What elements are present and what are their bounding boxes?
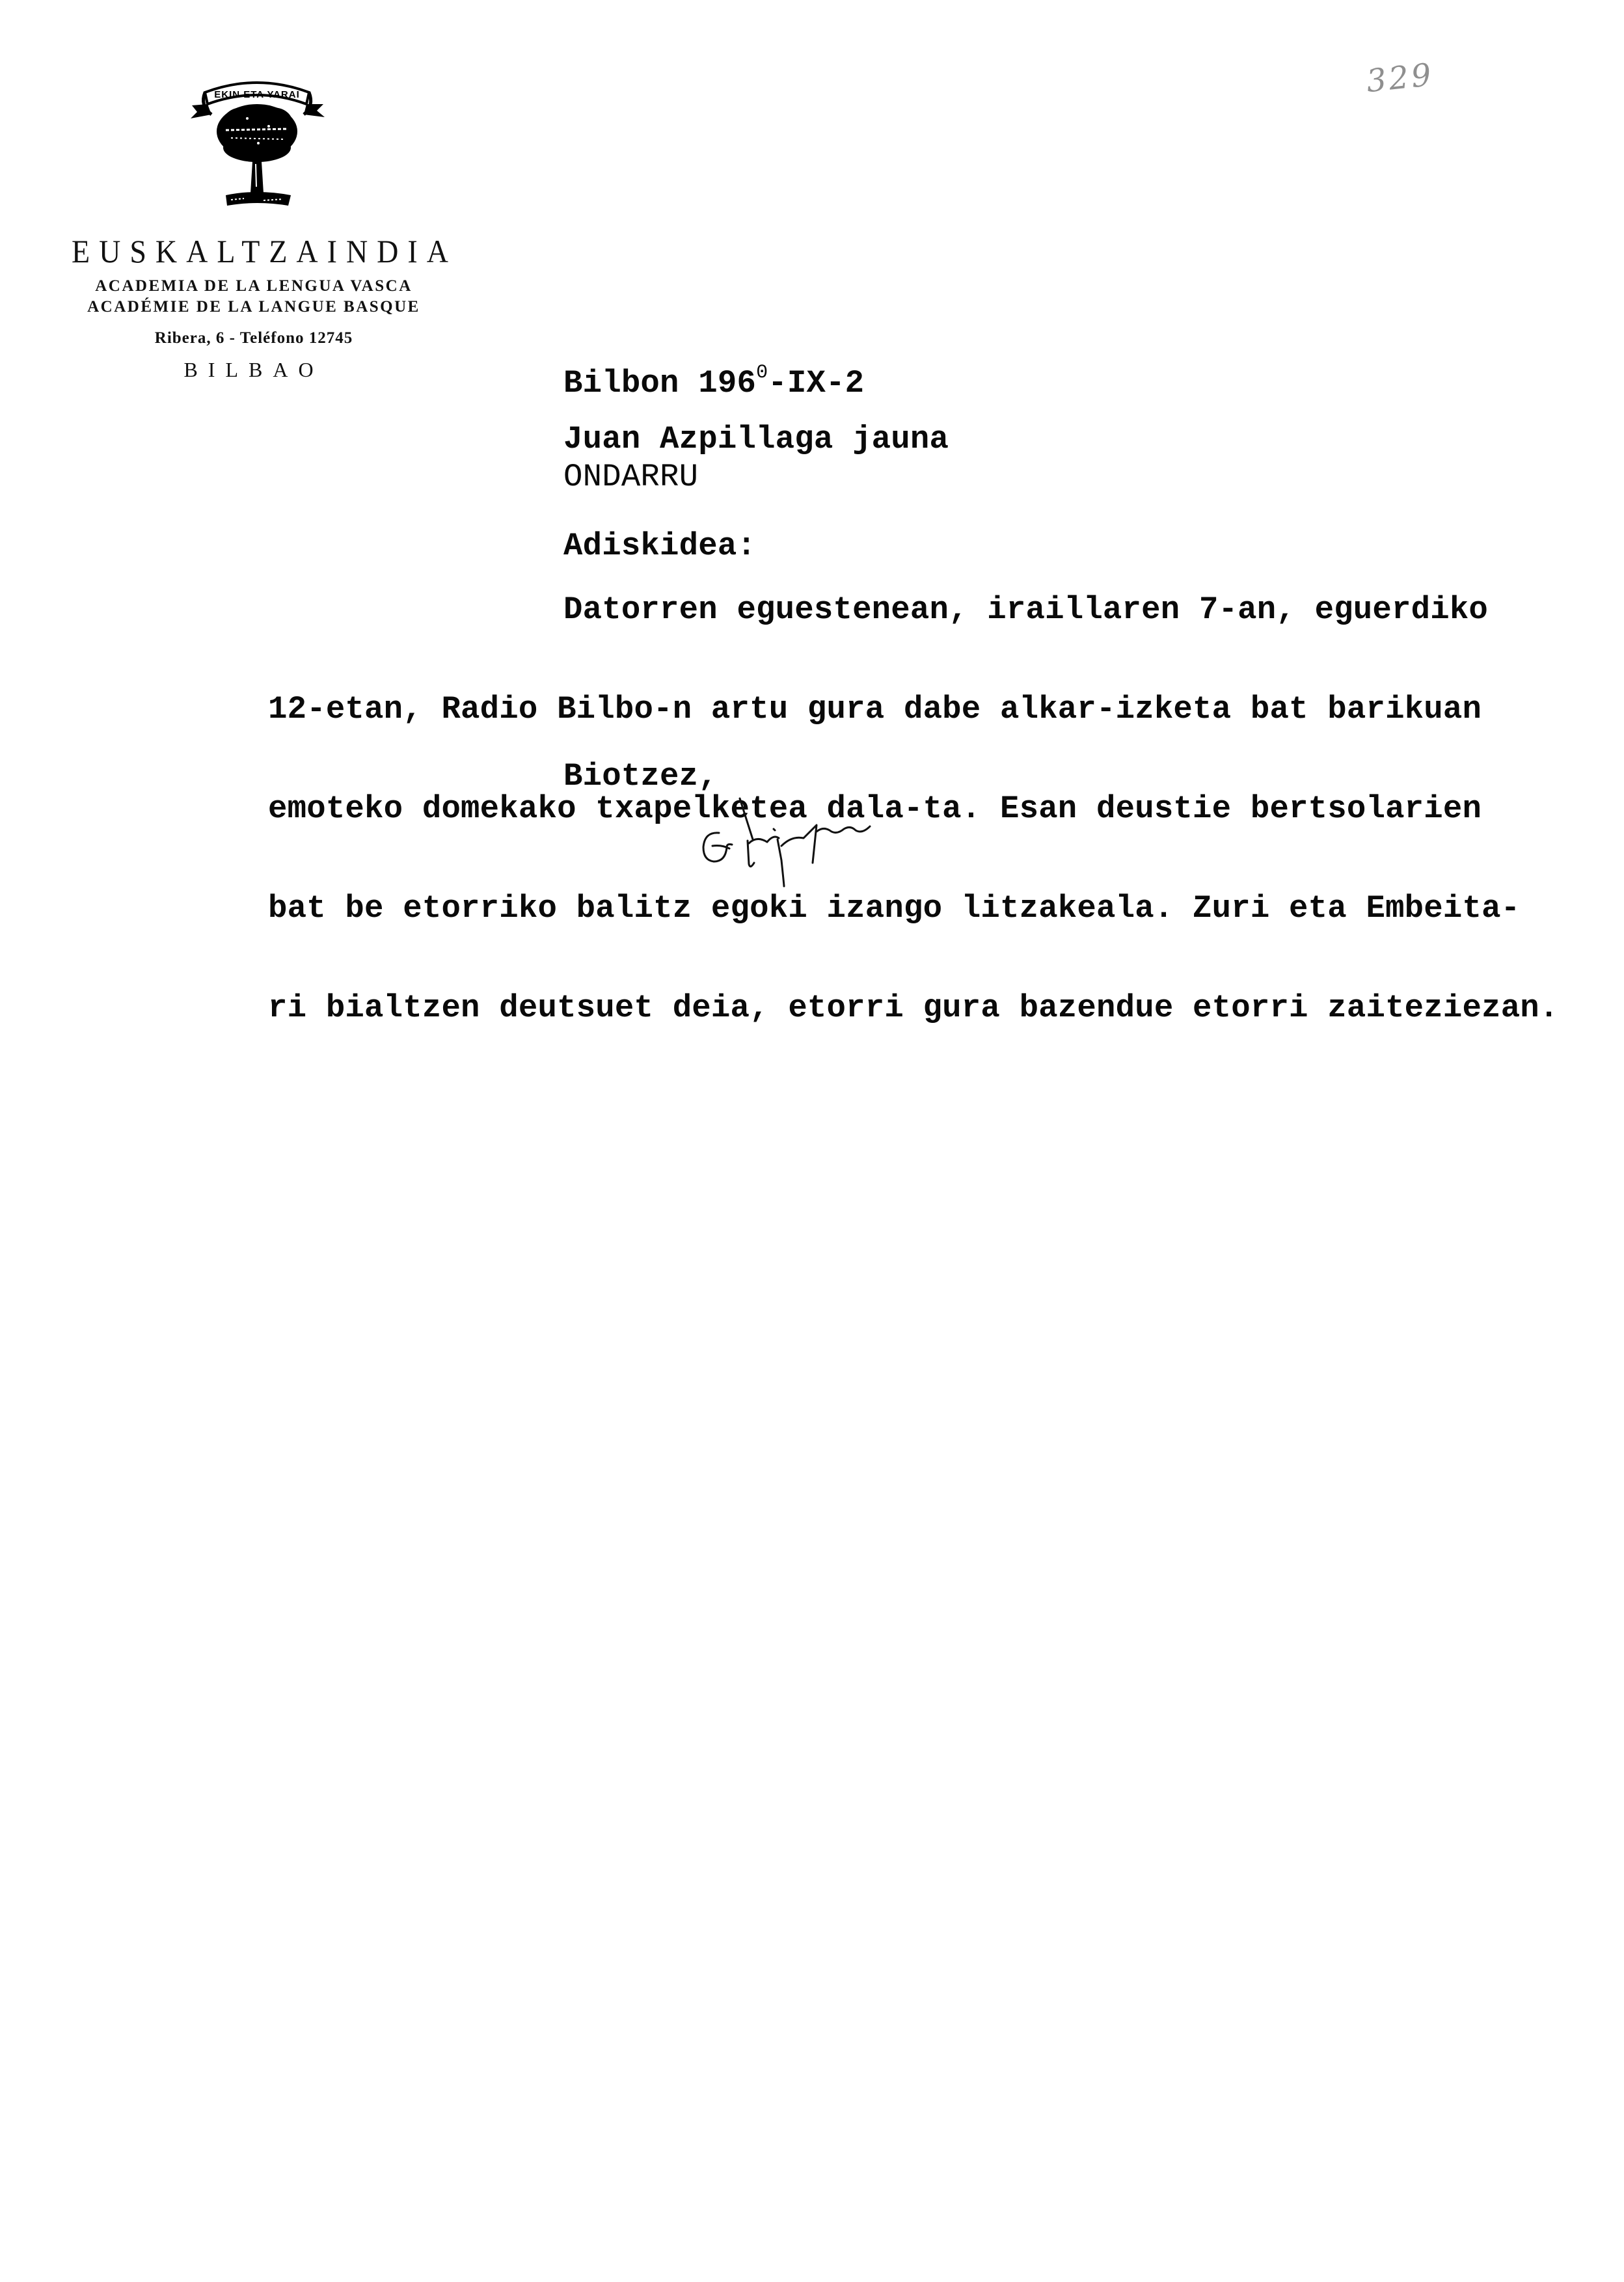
oak-tree-emblem-icon: EKIN ETA YARAI: [185, 66, 329, 211]
date-place: Bilbon 196: [563, 365, 756, 401]
letter-date: Bilbon 1960-IX-2: [563, 357, 864, 400]
organization-address: Ribera, 6 - Teléfono 12745: [72, 329, 436, 347]
date-superscript: 0: [756, 362, 768, 384]
svg-text:EKIN ETA YARAI: EKIN ETA YARAI: [214, 89, 300, 100]
letter-body: 12-etan, Radio Bilbo-n artu gura dabe al…: [268, 627, 1559, 1058]
page-number: 329: [1364, 57, 1435, 100]
body-line: ri bialtzen deutsuet deia, etorri gura b…: [268, 992, 1559, 1025]
recipient-city: ONDARRU: [563, 461, 698, 494]
body-line: emoteko domekako txapelketea dala-ta. Es…: [268, 793, 1559, 826]
organization-name: EUSKALTZAINDIA: [72, 233, 436, 270]
organization-city: BILBAO: [72, 358, 436, 382]
handwritten-signature: [699, 795, 875, 890]
closing: Biotzez,: [563, 760, 718, 793]
salutation: Adiskidea:: [563, 530, 756, 563]
date-rest: -IX-2: [768, 365, 864, 401]
body-line: bat be etorriko balitz egoki izango litz…: [268, 892, 1559, 925]
organization-subtitle-spanish: ACADEMIA DE LA LENGUA VASCA: [72, 277, 436, 295]
recipient-name: Juan Azpillaga jauna: [563, 423, 949, 456]
body-first-line: Datorren eguestenean, iraillaren 7-an, e…: [563, 593, 1488, 627]
organization-subtitle-french: ACADÉMIE DE LA LANGUE BASQUE: [72, 298, 436, 316]
body-line: 12-etan, Radio Bilbo-n artu gura dabe al…: [268, 693, 1559, 726]
